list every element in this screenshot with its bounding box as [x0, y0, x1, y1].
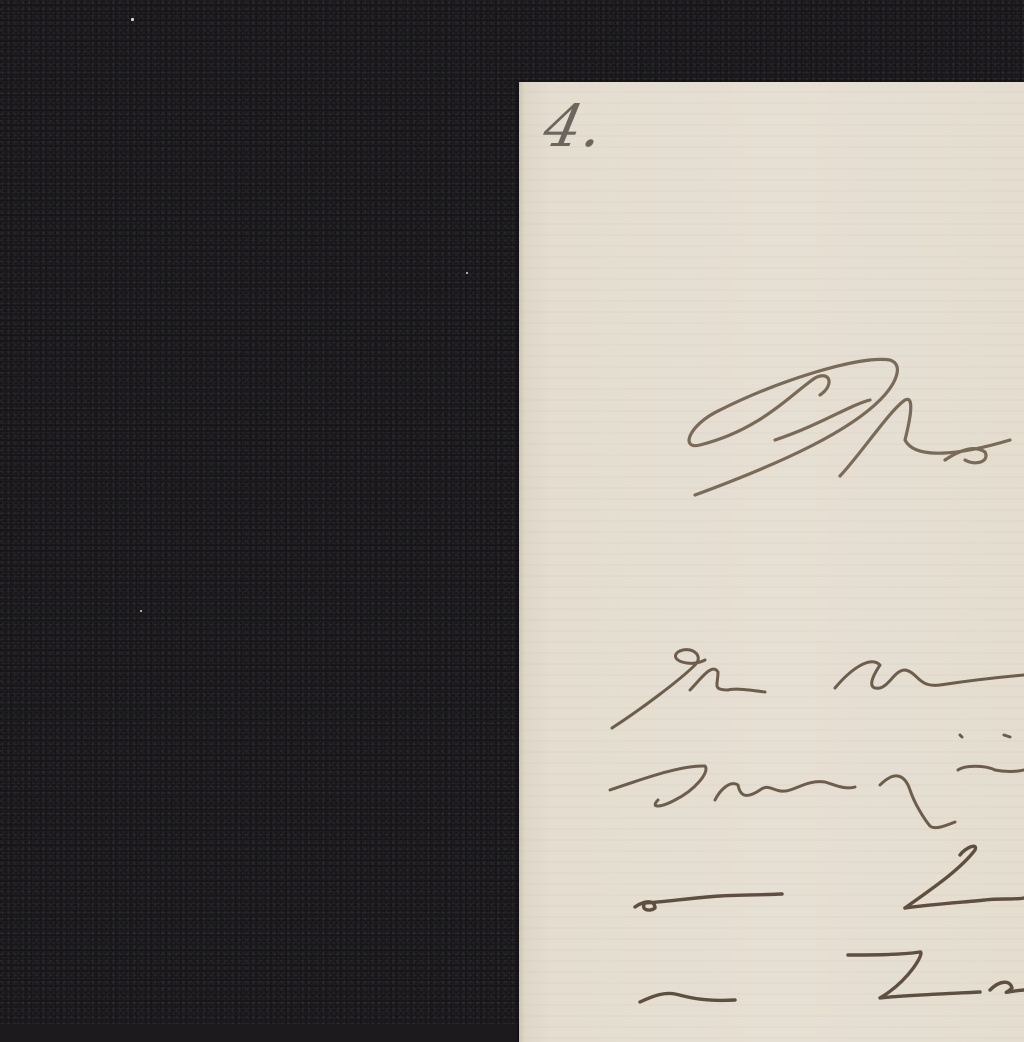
dust-speck: [131, 18, 134, 21]
dust-speck: [466, 272, 468, 274]
dust-speck: [140, 610, 142, 612]
manuscript-page: [519, 82, 1024, 1024]
paper-left-edge: [519, 82, 525, 1024]
